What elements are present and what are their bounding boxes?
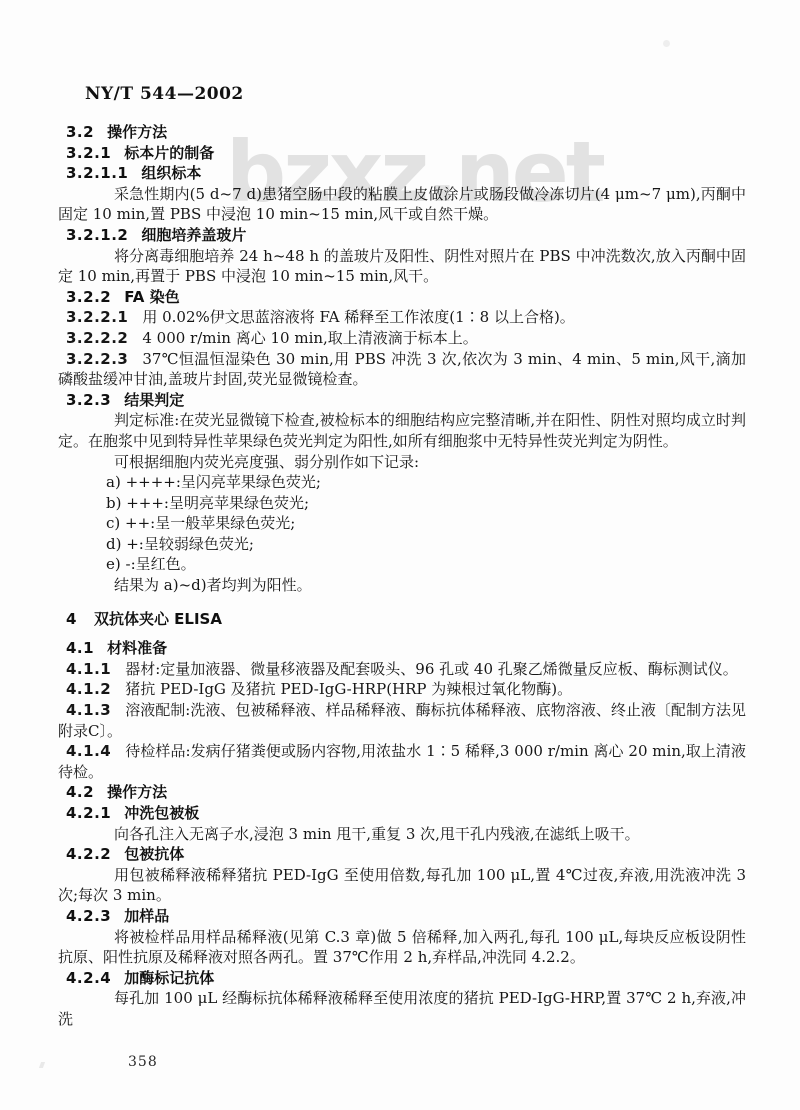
clause-text: e) -:呈红色。 [106, 555, 196, 573]
clause-text: 器材:定量加液器、微量移液器及配套吸头、96 孔或 40 孔聚乙烯微量反应板、酶… [125, 660, 738, 678]
clause-text: 4 000 r/min 离心 10 min,取上清液滴于标本上。 [142, 329, 477, 347]
clause-title: 材料准备 [107, 639, 167, 657]
section-heading: 3.2.2FA 染色 [58, 287, 746, 308]
clause-text: 结果为 a)~d)者均判为阳性。 [114, 576, 312, 594]
clause-text: 可根据细胞内荧光亮度强、弱分别作如下记录: [114, 453, 419, 471]
clause-text: 将被检样品用样品稀释液(见第 C.3 章)做 5 倍稀释,加入两孔,每孔 100… [58, 928, 746, 967]
section-heading: 4.2.3加样品 [58, 906, 746, 927]
clause-title: 细胞培养盖玻片 [141, 226, 246, 244]
section-heading: 3.2.1.1组织标本 [58, 163, 746, 184]
clause-number: 3.2.2.3 [66, 350, 128, 368]
clause-title: 标本片的制备 [124, 144, 214, 162]
clause-text: 37℃恒温恒湿染色 30 min,用 PBS 冲洗 3 次,依次为 3 min、… [58, 350, 746, 389]
clause-number: 3.2.1.1 [66, 164, 128, 182]
clause-title: 组织标本 [141, 164, 201, 182]
clause-number: 3.2.2.2 [66, 329, 128, 347]
section-heading: 4.2.2包被抗体 [58, 844, 746, 865]
clause-number: 3.2.2 [66, 288, 111, 306]
section-heading: 4.2.1冲洗包被板 [58, 803, 746, 824]
clause-number: 4.1.3 [66, 701, 111, 719]
numbered-clause: 4.1.2猪抗 PED-IgG 及猪抗 PED-IgG-HRP(HRP 为辣根过… [58, 679, 746, 700]
paragraph: 向各孔注入无离子水,浸泡 3 min 甩干,重复 3 次,甩干孔内残液,在滤纸上… [58, 824, 746, 845]
numbered-clause: 3.2.2.1用 0.02%伊文思蓝溶液将 FA 稀释至工作浓度(1∶8 以上合… [58, 307, 746, 328]
clause-number: 3.2 [66, 123, 94, 141]
clause-text: b) +++:呈明亮苹果绿色荧光; [106, 494, 309, 512]
clause-text: 采急性期内(5 d~7 d)患猪空肠中段的粘膜上皮做涂片或肠段做冷冻切片(4 μ… [58, 185, 746, 224]
clause-text: 用包被稀释液稀释猪抗 PED-IgG 至使用倍数,每孔加 100 μL,置 4℃… [58, 866, 746, 905]
page-number: 358 [128, 1054, 158, 1070]
clause-text: 用 0.02%伊文思蓝溶液将 FA 稀释至工作浓度(1∶8 以上合格)。 [142, 308, 574, 326]
clause-title: 包被抗体 [124, 845, 184, 863]
list-item: a) ++++:呈闪亮苹果绿色荧光; [58, 472, 746, 493]
section-heading: 4.2操作方法 [58, 782, 746, 803]
clause-title: 冲洗包被板 [124, 804, 199, 822]
scan-artifact [663, 40, 670, 47]
paragraph: 结果为 a)~d)者均判为阳性。 [58, 575, 746, 596]
paragraph: 每孔加 100 μL 经酶标抗体稀释液稀释至使用浓度的猪抗 PED-IgG-HR… [58, 988, 746, 1029]
clause-number: 4.1 [66, 639, 94, 657]
clause-number: 3.2.3 [66, 391, 111, 409]
document-body: 3.2操作方法3.2.1标本片的制备3.2.1.1组织标本采急性期内(5 d~7… [58, 122, 746, 1030]
clause-number: 4.2.1 [66, 804, 111, 822]
clause-text: 待检样品:发病仔猪粪便或肠内容物,用浓盐水 1∶5 稀释,3 000 r/min… [58, 742, 746, 781]
clause-text: 判定标准:在荧光显微镜下检查,被检标本的细胞结构应完整清晰,并在阳性、阴性对照均… [58, 411, 746, 450]
list-item: b) +++:呈明亮苹果绿色荧光; [58, 493, 746, 514]
clause-text: c) ++:呈一般苹果绿色荧光; [106, 514, 295, 532]
standard-number: NY/T 544—2002 [85, 84, 244, 104]
clause-title: 加样品 [124, 907, 169, 925]
clause-number: 4.2.2 [66, 845, 111, 863]
clause-text: 溶液配制:洗液、包被稀释液、样品稀释液、酶标抗体稀释液、底物溶液、终止液〔配制方… [58, 701, 746, 740]
clause-number: 4.2.3 [66, 907, 111, 925]
clause-title: FA 染色 [124, 288, 179, 306]
clause-number: 4.1.1 [66, 660, 111, 678]
clause-number: 3.2.2.1 [66, 308, 128, 326]
clause-text: 向各孔注入无离子水,浸泡 3 min 甩干,重复 3 次,甩干孔内残液,在滤纸上… [114, 825, 640, 843]
clause-number: 4.1.4 [66, 742, 111, 760]
clause-number: 4.1.2 [66, 680, 111, 698]
clause-title: 操作方法 [107, 123, 167, 141]
clause-title: 双抗体夹心 ELISA [94, 610, 222, 628]
numbered-clause: 4.1.1器材:定量加液器、微量移液器及配套吸头、96 孔或 40 孔聚乙烯微量… [58, 659, 746, 680]
clause-title: 加酶标记抗体 [124, 969, 214, 987]
list-item: d) +:呈较弱绿色荧光; [58, 534, 746, 555]
paragraph: 可根据细胞内荧光亮度强、弱分别作如下记录: [58, 452, 746, 473]
list-item: e) -:呈红色。 [58, 554, 746, 575]
paragraph: 将被检样品用样品稀释液(见第 C.3 章)做 5 倍稀释,加入两孔,每孔 100… [58, 927, 746, 968]
clause-text: d) +:呈较弱绿色荧光; [106, 535, 254, 553]
clause-text: 猪抗 PED-IgG 及猪抗 PED-IgG-HRP(HRP 为辣根过氧化物酶)… [125, 680, 572, 698]
numbered-clause: 4.1.3溶液配制:洗液、包被稀释液、样品稀释液、酶标抗体稀释液、底物溶液、终止… [58, 700, 746, 741]
clause-text: 每孔加 100 μL 经酶标抗体稀释液稀释至使用浓度的猪抗 PED-IgG-HR… [58, 989, 746, 1028]
list-item: c) ++:呈一般苹果绿色荧光; [58, 513, 746, 534]
clause-text: 将分离毒细胞培养 24 h~48 h 的盖玻片及阳性、阴性对照片在 PBS 中冲… [58, 247, 746, 286]
numbered-clause: 3.2.2.337℃恒温恒湿染色 30 min,用 PBS 冲洗 3 次,依次为… [58, 349, 746, 390]
section-heading: 3.2.1.2细胞培养盖玻片 [58, 225, 746, 246]
clause-number: 4.2 [66, 783, 94, 801]
clause-number: 3.2.1 [66, 144, 111, 162]
paragraph: 用包被稀释液稀释猪抗 PED-IgG 至使用倍数,每孔加 100 μL,置 4℃… [58, 865, 746, 906]
paragraph: 判定标准:在荧光显微镜下检查,被检标本的细胞结构应完整清晰,并在阳性、阴性对照均… [58, 410, 746, 451]
section-heading: 4.2.4加酶标记抗体 [58, 968, 746, 989]
numbered-clause: 4.1.4待检样品:发病仔猪粪便或肠内容物,用浓盐水 1∶5 稀释,3 000 … [58, 741, 746, 782]
clause-title: 操作方法 [107, 783, 167, 801]
paragraph: 将分离毒细胞培养 24 h~48 h 的盖玻片及阳性、阴性对照片在 PBS 中冲… [58, 246, 746, 287]
chapter-heading: 4双抗体夹心 ELISA [58, 609, 746, 630]
scan-artifact [39, 1062, 45, 1068]
clause-number: 3.2.1.2 [66, 226, 128, 244]
numbered-clause: 3.2.2.24 000 r/min 离心 10 min,取上清液滴于标本上。 [58, 328, 746, 349]
section-heading: 4.1材料准备 [58, 638, 746, 659]
section-heading: 3.2.3结果判定 [58, 390, 746, 411]
section-heading: 3.2操作方法 [58, 122, 746, 143]
section-heading: 3.2.1标本片的制备 [58, 143, 746, 164]
clause-title: 结果判定 [124, 391, 184, 409]
paragraph: 采急性期内(5 d~7 d)患猪空肠中段的粘膜上皮做涂片或肠段做冷冻切片(4 μ… [58, 184, 746, 225]
clause-number: 4.2.4 [66, 969, 111, 987]
document-page: bzxz.net NY/T 544—2002 3.2操作方法3.2.1标本片的制… [0, 0, 800, 1110]
clause-number: 4 [66, 610, 77, 628]
clause-text: a) ++++:呈闪亮苹果绿色荧光; [106, 473, 321, 491]
